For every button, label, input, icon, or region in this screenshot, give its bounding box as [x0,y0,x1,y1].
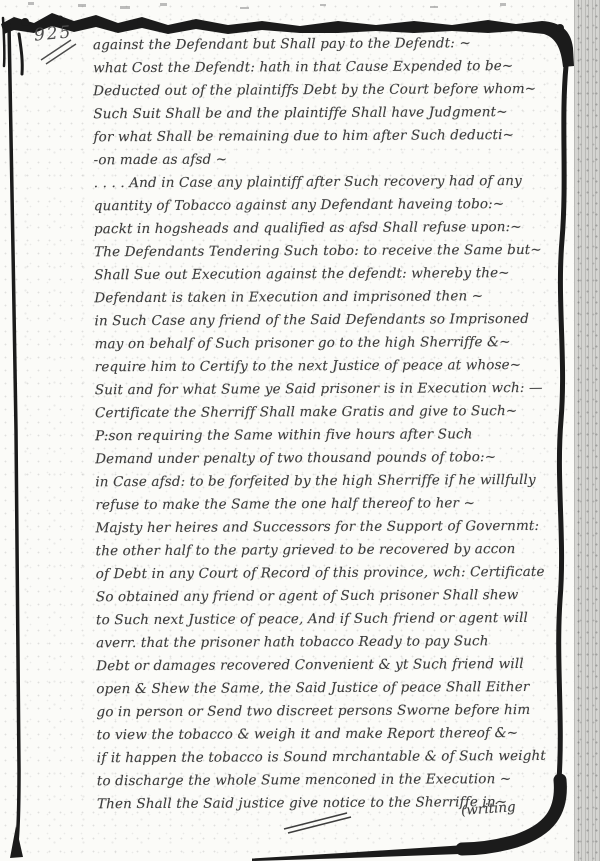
scan-marks [28,2,506,9]
border-bottom-line [252,846,460,861]
manuscript-line: So obtained any friend or agent of Such … [96,584,576,610]
manuscript-line: go in person or Send two discreet person… [96,699,576,725]
manuscript-line: Such Suit Shall be and the plaintiffe Sh… [93,101,573,127]
border-blot [57,16,64,23]
manuscript-text: against the Defendant but Shall pay to t… [93,32,577,817]
manuscript-line: the other half to the party grieved to b… [96,538,576,564]
manuscript-line: packt in hogsheads and qualified as afsd… [94,216,574,242]
manuscript-line: open & Shew the Same, the Said Justice o… [96,676,576,702]
manuscript-line: if it happen the tobacco is Sound mrchan… [97,745,577,771]
manuscript-line: Demand under penalty of two thousand pou… [95,446,575,472]
manuscript-line: Debt or damages recovered Convenient & y… [96,653,576,679]
manuscript-line: of Debt in any Court of Record of this p… [96,561,576,587]
catchword: (writing [461,799,517,819]
border-left-foot [10,826,23,858]
manuscript-line: -on made as afsd ~ [94,147,574,173]
manuscript-line: Defendant is taken in Execution and impr… [94,285,574,311]
manuscript-line: to Such next Justice of peace, And if Su… [96,607,576,633]
manuscript-line: Certificate the Sherriff Shall make Grat… [95,400,575,426]
manuscript-line: in Case afsd: to be forfeited by the hig… [95,469,575,495]
scan-edge-band [574,0,600,861]
ink-drip [19,34,22,74]
manuscript-line: . . . . And in Case any plaintiff after … [94,170,574,196]
manuscript-line: Deducted out of the plaintiffs Debt by t… [93,78,573,104]
manuscript-line: Shall Sue out Execution against the defe… [94,262,574,288]
border-blot [137,19,143,25]
ink-hook [3,18,4,66]
manuscript-line: quantity of Tobacco against any Defendan… [94,193,574,219]
manuscript-line: require him to Certify to the next Justi… [95,354,575,380]
manuscript-line: Suit and for what Sume ye Said prisoner … [95,377,575,403]
manuscript-line: to discharge the whole Sume menconed in … [97,768,577,794]
manuscript-line: refuse to make the Same the one half the… [95,492,575,518]
manuscript-line: The Defendants Tendering Such tobo: to r… [94,239,574,265]
manuscript-line: Majsty her heires and Successors for the… [95,515,575,541]
manuscript-line: what Cost the Defendt: hath in that Caus… [93,55,573,81]
border-blot [92,18,98,24]
justice-flourish [284,813,351,833]
manuscript-page: 925 against the Defendant but Shall pay … [0,0,600,861]
manuscript-line: may on behalf of Such prisoner go to the… [95,331,575,357]
manuscript-line: against the Defendant but Shall pay to t… [93,32,573,58]
manuscript-line: in Such Case any friend of the Said Defe… [94,308,574,334]
manuscript-line: to view the tobacco & weigh it and make … [97,722,577,748]
border-blot [21,18,29,26]
manuscript-line: averr. that the prisoner hath tobacco Re… [96,630,576,656]
border-left-line [9,24,19,850]
manuscript-line: P:son requiring the Same within five hou… [95,423,575,449]
page-number: 925 [33,22,73,45]
manuscript-line: for what Shall be remaining due to him a… [93,124,573,150]
